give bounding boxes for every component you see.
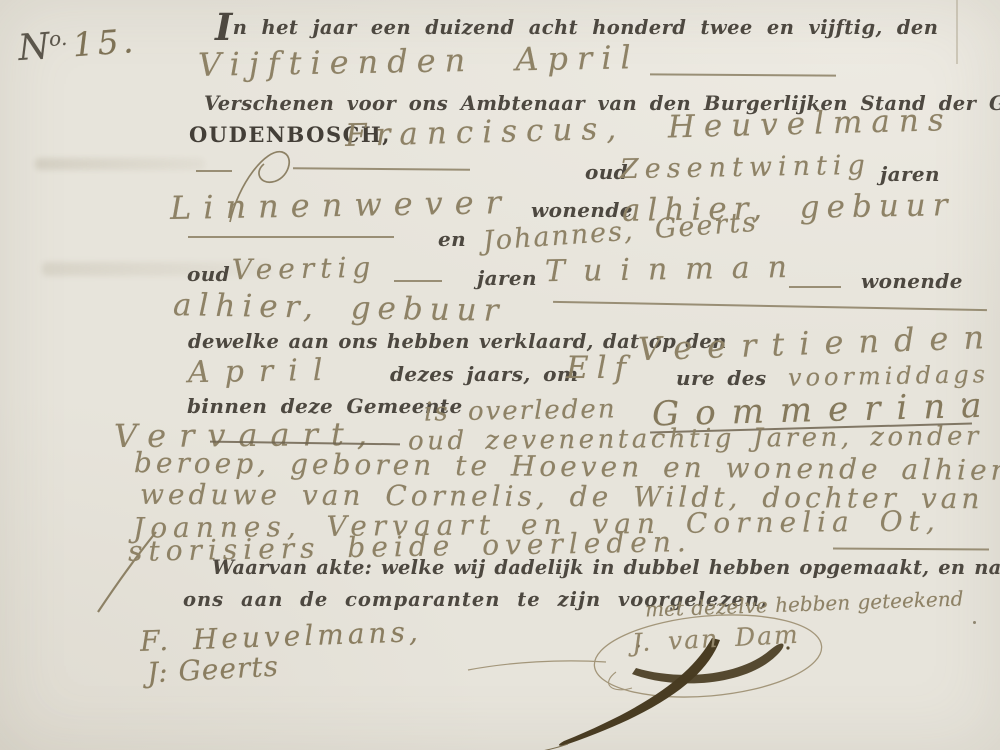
- handwritten-occupation-1: Linnenwever: [170, 183, 514, 227]
- printed-closing-line1: Waarvan akte: welke wij dadelijk in dubb…: [212, 556, 1000, 579]
- handwritten-residence-2: alhier, gebuur: [173, 287, 506, 329]
- printed-ure-des: ure des: [676, 366, 767, 390]
- ink-rule: [188, 236, 394, 238]
- signature-witness2: J: Geerts: [146, 650, 279, 690]
- ink-rule: [833, 547, 989, 550]
- death-certificate-scan: No. 15. In het jaar een duizend acht hon…: [0, 0, 1000, 750]
- ink-rule: [553, 301, 987, 311]
- printed-oud-2: oud: [187, 262, 230, 286]
- ink-speck: [973, 621, 976, 624]
- ink-rule: [293, 167, 470, 170]
- ink-rule: [650, 73, 836, 76]
- handwritten-hour: Elf: [566, 350, 634, 386]
- act-number: No. 15.: [17, 20, 139, 69]
- handwritten-death-month: April: [188, 353, 338, 391]
- printed-wonende-2: wonende: [861, 269, 963, 293]
- act-number-prefix: N: [17, 26, 51, 69]
- printed-en: en: [438, 227, 466, 251]
- act-number-sup: o.: [48, 26, 68, 51]
- signature-witness1: F. Heuvelmans,: [140, 615, 423, 658]
- ink-rule: [394, 280, 442, 282]
- printed-line-year-text: n het jaar een duizend acht honderd twee…: [233, 16, 939, 39]
- ink-rule: [789, 286, 841, 288]
- handwritten-date: Vijftienden April: [198, 38, 640, 84]
- paper-crease: [956, 0, 958, 64]
- handwritten-age-1: Zesentwintig: [620, 150, 871, 185]
- printed-dezes-jaars: dezes jaars, om: [390, 362, 578, 386]
- printed-jaren-2: jaren: [477, 266, 537, 290]
- handwritten-age-2: Veertig: [232, 251, 377, 287]
- drop-initial: I: [215, 5, 233, 49]
- handwritten-is-overleden: is overleden: [424, 394, 617, 427]
- handwritten-occupation-2: Tuinman: [545, 250, 805, 290]
- bleedthrough-smudge: [35, 158, 205, 170]
- printed-jaren-1: jaren: [880, 162, 940, 186]
- ink-speck: [962, 398, 966, 403]
- act-number-value: 15.: [71, 21, 138, 64]
- printed-line-year: In het jaar een duizend acht honderd twe…: [215, 16, 938, 39]
